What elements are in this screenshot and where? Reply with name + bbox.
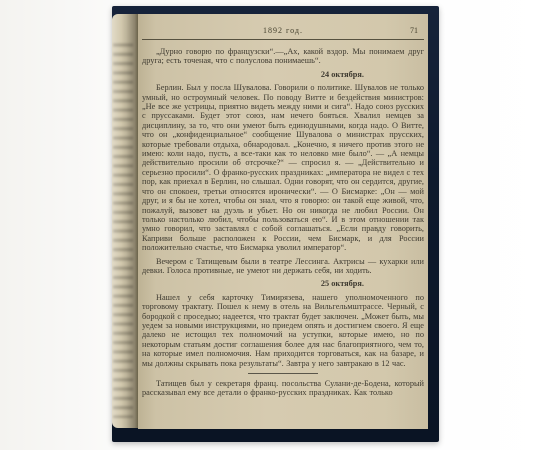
paragraph: Вечером с Татищевым были в театре Лессин…: [142, 257, 424, 276]
date-heading: 25 октября.: [142, 279, 424, 288]
page-number: 71: [410, 26, 418, 35]
paragraph: Берлин. Был у посла Шувалова. Говорили о…: [142, 83, 424, 252]
running-head: 1892 год. 71: [142, 26, 424, 37]
paragraph: Нашел у себя карточку Тимирязева, нашего…: [142, 293, 424, 368]
paragraph: „Дурно говорю по французски“.—„Ах, какой…: [142, 47, 424, 66]
date-heading: 24 октября.: [142, 70, 424, 79]
year-header: 1892 год.: [142, 26, 424, 35]
page-body: „Дурно говорю по французски“.—„Ах, какой…: [142, 47, 424, 398]
book: 1892 год. 71 „Дурно говорю по французски…: [112, 6, 439, 442]
section-separator-rule: [248, 373, 318, 374]
gutter-shadow: [112, 14, 138, 428]
header-rule: [142, 39, 424, 40]
facing-page-edge: [112, 14, 138, 428]
paragraph: Татищев был у секретаря франц. посольств…: [142, 379, 424, 398]
book-page: 1892 год. 71 „Дурно говорю по французски…: [138, 14, 428, 429]
